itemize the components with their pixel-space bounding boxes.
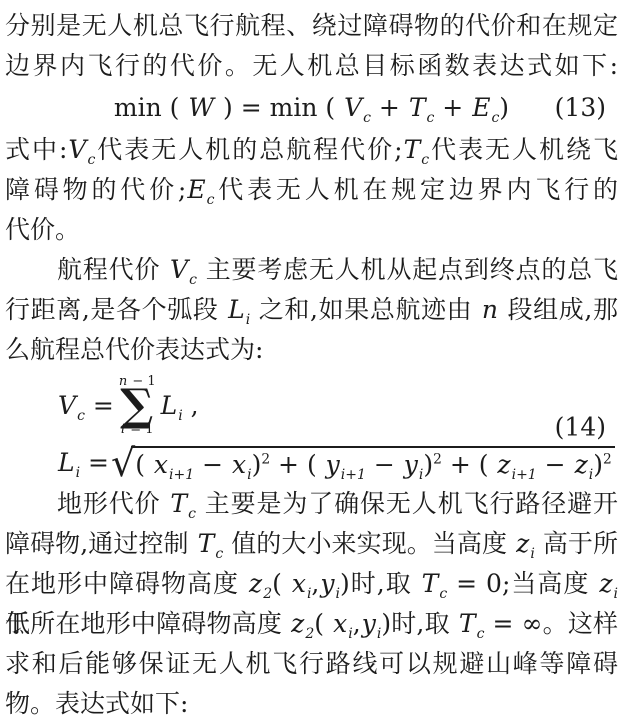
equation-14-lhs2: Li = [57, 448, 109, 477]
equation-14-number: (14) [555, 413, 606, 442]
equation-14-lhs: Vc = [57, 391, 114, 420]
text-line: 求和后能够保证无人机飞行路线可以规避山峰等障碍 [5, 644, 618, 684]
text-line: 代价。 [5, 210, 618, 250]
equation-14-line-sqrt: Li = √ ( xi+1 − xi)2 + ( yi+1 − yi)2 + (… [57, 446, 618, 480]
text-line: 地形代价 Tc 主要是为了确保无人机飞行路径避开 [5, 484, 618, 524]
square-root: √ ( xi+1 − xi)2 + ( yi+1 − yi)2 + ( zi+1… [111, 446, 615, 480]
sigma-summation: n − 1 ∑ i = 1 [118, 375, 156, 437]
equation-13-number: (13) [555, 86, 606, 130]
text-line: 分别是无人机总飞行航程、绕过障碍物的代价和在规定 [5, 6, 618, 46]
sigma-icon: ∑ [120, 389, 153, 423]
text-line: 么航程总代价表达式为: [5, 330, 618, 370]
sum-lower-limit: i = 1 [120, 423, 154, 437]
text-line: 物。表达式如下: [5, 684, 618, 723]
radicand: ( xi+1 − xi)2 + ( yi+1 − yi)2 + ( zi+1 −… [131, 446, 615, 480]
equation-13: min ( W ) = min ( Vc + Tc + Ec) (13) [5, 86, 618, 130]
text-line: 式中:Vc代表无人机的总航程代价;Tc代表无人机绕飞 [5, 130, 618, 170]
equation-14-line-sum: Vc = n − 1 ∑ i = 1 Li , [57, 375, 618, 437]
equation-13-body: min ( W ) = min ( Vc + Tc + Ec) [114, 93, 509, 122]
text-line: 障碍物的代价;Ec代表无人机在规定边界内飞行的 [5, 170, 618, 210]
paper-page: 分别是无人机总飞行航程、绕过障碍物的代价和在规定 边界内飞行的代价。无人机总目标… [0, 0, 628, 723]
equation-14: Vc = n − 1 ∑ i = 1 Li , Li = √ ( xi+1 − … [5, 370, 618, 484]
text-line: 于所在地形中障碍物高度 z2( xi,yi)时,取 Tc = ∞。这样 [5, 604, 618, 644]
equation-14-rhs: Li , [160, 391, 199, 420]
text-line: 边界内飞行的代价。无人机总目标函数表达式如下: [5, 46, 618, 86]
text-line: 航程代价 Vc 主要考虑无人机从起点到终点的总飞 [5, 250, 618, 290]
text-line: 行距离,是各个弧段 Li 之和,如果总航迹由 n 段组成,那 [5, 290, 618, 330]
text-line: 障碍物,通过控制 Tc 值的大小来实现。当高度 zi 高于所 [5, 524, 618, 564]
text-line: 在地形中障碍物高度 z2( xi,yi)时,取 Tc = 0;当高度 zi 低 [5, 564, 618, 604]
